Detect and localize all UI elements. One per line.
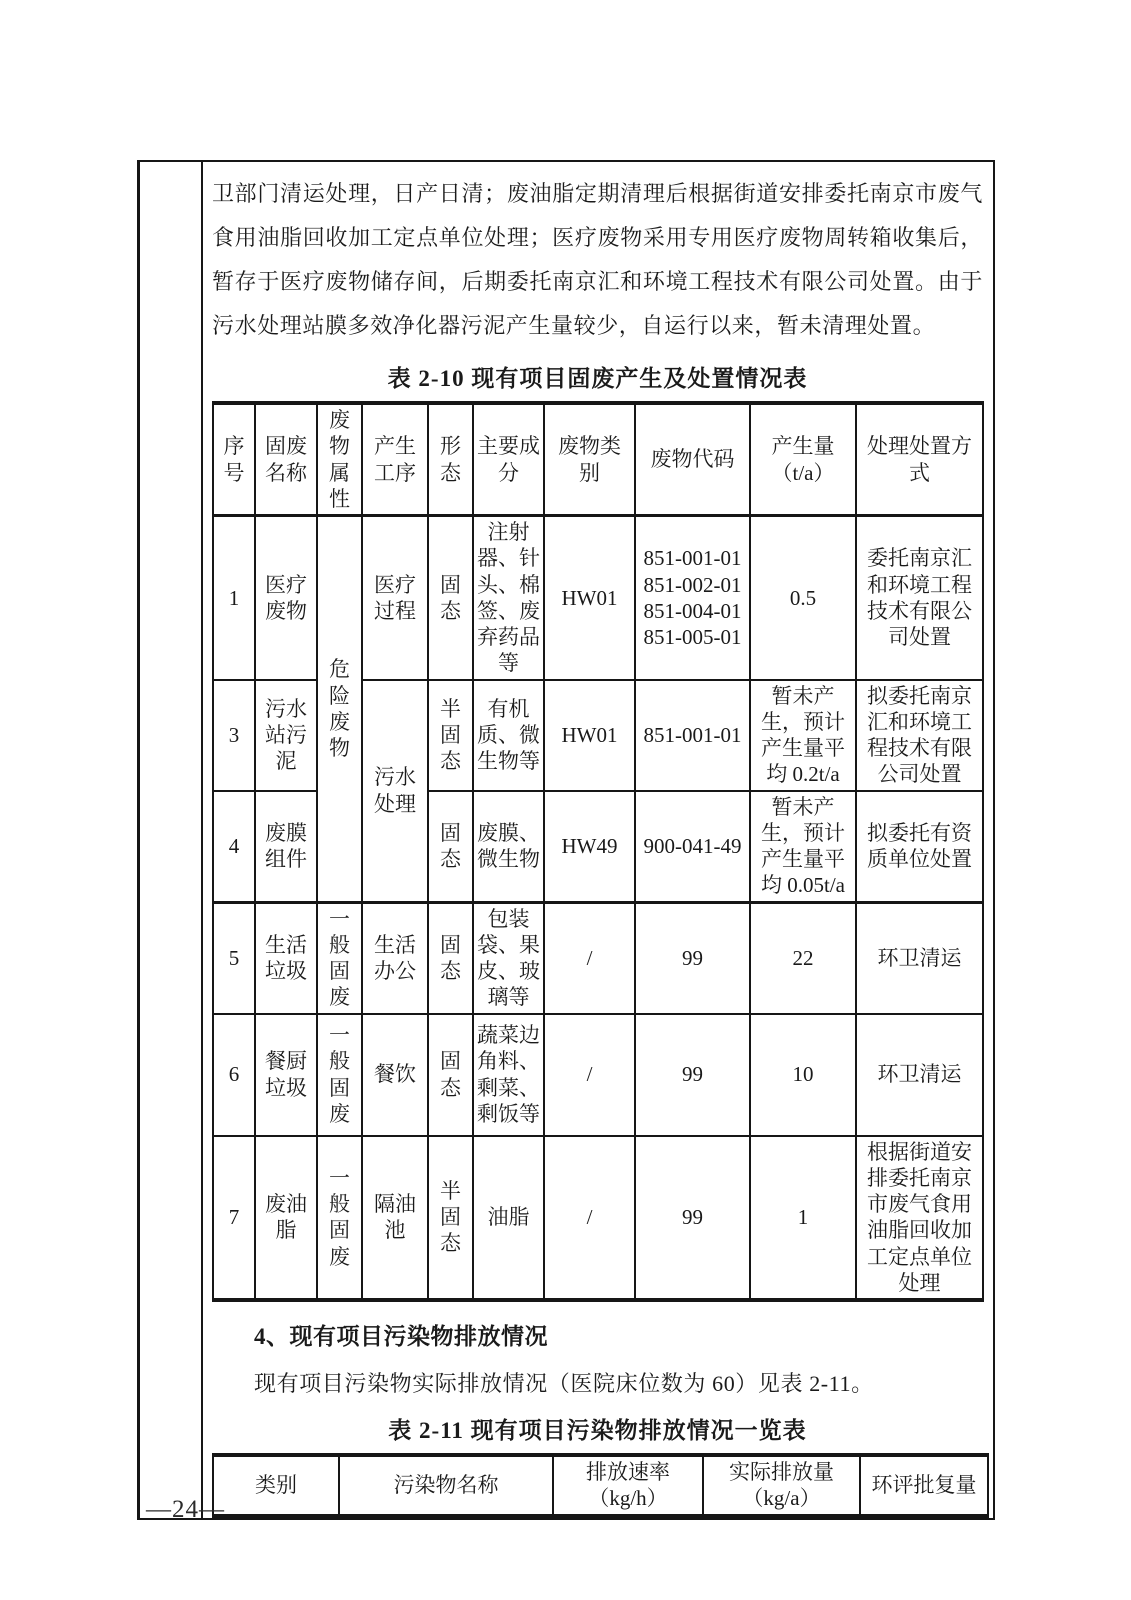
cell-waste-name: 餐厨垃圾 (255, 1014, 317, 1136)
cell-process: 餐饮 (362, 1014, 428, 1136)
cell-process: 隔油池 (362, 1136, 428, 1301)
table-2-11: 类别 污染物名称 排放速率 （kg/h） 实际排放量 （kg/a） 环评批复量 (212, 1453, 989, 1518)
cell-disposal: 拟委托南京汇和环境工程技术有限公司处置 (856, 680, 983, 791)
col-header-approved-amount: 环评批复量 (860, 1455, 988, 1516)
cell-disposal: 根据街道安排委托南京市废气食用油脂回收加工定点单位处理 (856, 1136, 983, 1301)
table-row: 1 医疗废物 危险废物 医疗过程 固态 注射器、针头、棉签、废弃药品等 HW01… (213, 516, 983, 680)
cell-code: 99 (635, 1136, 750, 1301)
cell-disposal: 环卫清运 (856, 902, 983, 1014)
cell-category: / (544, 1136, 635, 1301)
cell-amount: 1 (750, 1136, 856, 1301)
cell-waste-attr-hazardous: 危险废物 (317, 516, 362, 903)
cell-waste-name: 废油脂 (255, 1136, 317, 1301)
cell-code: 99 (635, 1014, 750, 1136)
intro-paragraph: 卫部门清运处理，日产日清；废油脂定期清理后根据街道安排委托南京市废气食用油脂回收… (212, 172, 983, 348)
cell-code: 851-001-01 851-002-01 851-004-01 851-005… (635, 516, 750, 680)
col-header-pollutant-name: 污染物名称 (339, 1455, 553, 1516)
table-2-11-title: 表 2-11 现有项目污染物排放情况一览表 (212, 1412, 983, 1445)
col-header-actual-emission: 实际排放量 （kg/a） (703, 1455, 860, 1516)
cell-components: 注射器、针头、棉签、废弃药品等 (473, 516, 544, 680)
table-row: 6 餐厨垃圾 一般固废 餐饮 固态 蔬菜边角料、剩菜、剩饭等 / 99 10 环… (213, 1014, 983, 1136)
cell-category: / (544, 1014, 635, 1136)
cell-waste-attr: 一般固废 (317, 1014, 362, 1136)
cell-waste-name: 废膜组件 (255, 791, 317, 903)
cell-category: HW01 (544, 516, 635, 680)
section-4-heading: 4、现有项目污染物排放情况 (254, 1318, 983, 1351)
table-row: 7 废油脂 一般固废 隔油池 半固态 油脂 / 99 1 根据街道安排委托南京市… (213, 1136, 983, 1301)
cell-components: 废膜、微生物 (473, 791, 544, 903)
col-header-category: 类别 (213, 1455, 339, 1516)
col-header-waste-attr: 废物属性 (317, 403, 362, 516)
cell-disposal: 拟委托有资质单位处置 (856, 791, 983, 903)
cell-form: 固态 (428, 1014, 473, 1136)
col-header-form: 形态 (428, 403, 473, 516)
col-header-seq: 序号 (213, 403, 255, 516)
cell-code: 851-001-01 (635, 680, 750, 791)
cell-process-merged: 污水处理 (362, 680, 428, 903)
col-header-amount: 产生量 （t/a） (750, 403, 856, 516)
cell-waste-name: 污水站污泥 (255, 680, 317, 791)
cell-amount: 0.5 (750, 516, 856, 680)
cell-components: 蔬菜边角料、剩菜、剩饭等 (473, 1014, 544, 1136)
cell-seq: 1 (213, 516, 255, 680)
cell-waste-attr: 一般固废 (317, 1136, 362, 1301)
cell-waste-name: 生活垃圾 (255, 902, 317, 1014)
col-header-waste-name: 固废名称 (255, 403, 317, 516)
col-header-disposal: 处理处置方式 (856, 403, 983, 516)
cell-code: 900-041-49 (635, 791, 750, 903)
cell-components: 有机质、微生物等 (473, 680, 544, 791)
form-content-column: 卫部门清运处理，日产日清；废油脂定期清理后根据街道安排委托南京市废气食用油脂回收… (203, 162, 993, 1518)
table-row: 5 生活垃圾 一般固废 生活办公 固态 包装袋、果皮、玻璃等 / 99 22 环… (213, 902, 983, 1014)
page-number: —24— (146, 1496, 225, 1524)
cell-waste-attr: 一般固废 (317, 902, 362, 1014)
table-2-10: 序号 固废名称 废物属性 产生工序 形态 主要成分 废物类别 废物代码 产生量 … (212, 401, 984, 1302)
table-2-10-title: 表 2-10 现有项目固废产生及处置情况表 (212, 360, 983, 393)
col-header-process: 产生工序 (362, 403, 428, 516)
form-left-column (140, 162, 203, 1518)
table-header-row: 序号 固废名称 废物属性 产生工序 形态 主要成分 废物类别 废物代码 产生量 … (213, 403, 983, 516)
cell-disposal: 委托南京汇和环境工程技术有限公司处置 (856, 516, 983, 680)
cell-waste-name: 医疗废物 (255, 516, 317, 680)
col-header-emission-rate: 排放速率 （kg/h） (553, 1455, 703, 1516)
cell-seq: 3 (213, 680, 255, 791)
cell-amount: 22 (750, 902, 856, 1014)
cell-amount: 10 (750, 1014, 856, 1136)
cell-form: 半固态 (428, 680, 473, 791)
cell-seq: 5 (213, 902, 255, 1014)
cell-code: 99 (635, 902, 750, 1014)
section-4-paragraph: 现有项目污染物实际排放情况（医院床位数为 60）见表 2-11。 (254, 1367, 983, 1398)
cell-seq: 6 (213, 1014, 255, 1136)
cell-form: 固态 (428, 791, 473, 903)
cell-components: 油脂 (473, 1136, 544, 1301)
cell-form: 半固态 (428, 1136, 473, 1301)
cell-seq: 7 (213, 1136, 255, 1301)
col-header-code: 废物代码 (635, 403, 750, 516)
cell-category: / (544, 902, 635, 1014)
cell-category: HW49 (544, 791, 635, 903)
table-header-row: 类别 污染物名称 排放速率 （kg/h） 实际排放量 （kg/a） 环评批复量 (213, 1455, 988, 1516)
col-header-category: 废物类别 (544, 403, 635, 516)
cell-disposal: 环卫清运 (856, 1014, 983, 1136)
cell-amount: 暂未产生，预计产生量平均 0.05t/a (750, 791, 856, 903)
cell-category: HW01 (544, 680, 635, 791)
cell-amount: 暂未产生，预计产生量平均 0.2t/a (750, 680, 856, 791)
cell-seq: 4 (213, 791, 255, 903)
document-form-box: 卫部门清运处理，日产日清；废油脂定期清理后根据街道安排委托南京市废气食用油脂回收… (137, 160, 995, 1520)
cell-form: 固态 (428, 902, 473, 1014)
cell-process: 生活办公 (362, 902, 428, 1014)
cell-components: 包装袋、果皮、玻璃等 (473, 902, 544, 1014)
cell-process: 医疗过程 (362, 516, 428, 680)
cell-form: 固态 (428, 516, 473, 680)
col-header-components: 主要成分 (473, 403, 544, 516)
